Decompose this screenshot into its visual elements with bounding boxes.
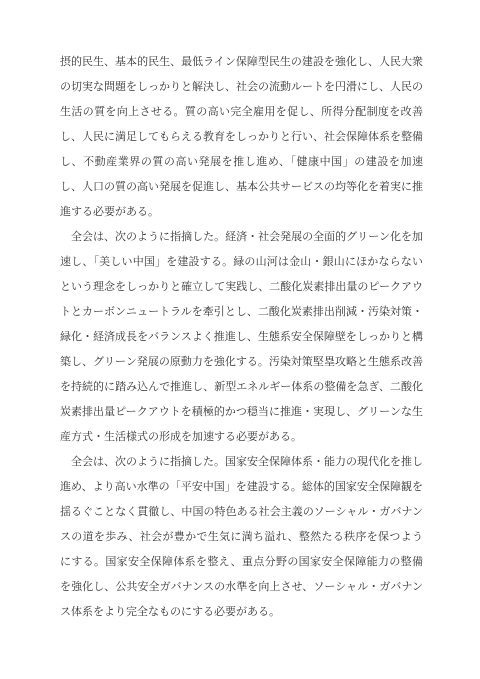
document-body: 摂的民生、基本的民生、最低ライン保障型民生の建設を強化し、人民大衆の切実な問題を… bbox=[60, 50, 423, 625]
paragraph-livelihood: 摂的民生、基本的民生、最低ライン保障型民生の建設を強化し、人民大衆の切実な問題を… bbox=[60, 50, 423, 225]
paragraph-green-development: 全会は、次のように指摘した。経済・社会発展の全面的グリーン化を加速し、「美しい中… bbox=[60, 225, 423, 450]
paragraph-national-security: 全会は、次のように指摘した。国家安全保障体系・能力の現代化を推し進め、より高い水… bbox=[60, 450, 423, 625]
document-page: 摂的民生、基本的民生、最低ライン保障型民生の建設を強化し、人民大衆の切実な問題を… bbox=[0, 0, 480, 679]
